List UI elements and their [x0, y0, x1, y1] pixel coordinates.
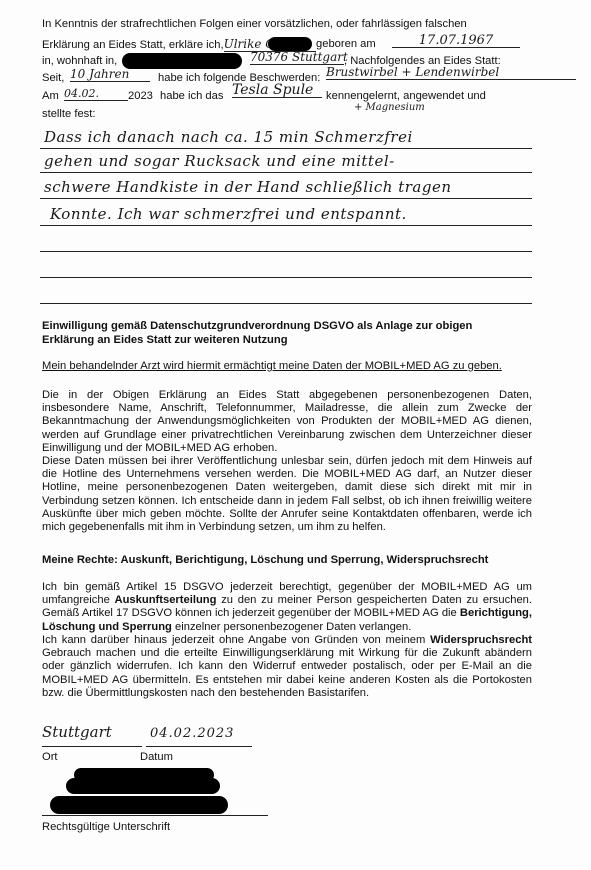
redacted-surname [268, 37, 312, 51]
year-text: 2023 [128, 90, 153, 103]
finding-rule-2 [40, 172, 532, 173]
place-label: Ort [42, 751, 58, 764]
finding-line-3: schwere Handkiste in der Hand schließlic… [44, 178, 452, 196]
finding-rule-5 [40, 251, 532, 252]
since-field[interactable]: 10 Jahren [70, 68, 150, 82]
complaints-field[interactable]: Brustwirbel + Lendenwirbel [326, 66, 576, 80]
findings-label: stellte fest: [42, 108, 95, 121]
rights-paragraph-2: Ich kann darüber hinaus jederzeit ohne A… [42, 634, 532, 700]
doctor-authorization: Mein behandelnder Arzt wird hiermit ermä… [42, 360, 502, 373]
date-label-sig: Datum [140, 751, 173, 764]
date-label: Am [42, 90, 59, 103]
rights-p2-bold-widerspruch: Widerspruchsrecht [430, 634, 532, 646]
rights-p2-text-c: Gebrauch machen und die erteilte Einwill… [42, 647, 532, 699]
product-label: habe ich das [160, 90, 223, 103]
redacted-signature-2 [66, 778, 220, 794]
signature-label: Rechtsgültige Unterschrift [42, 821, 170, 834]
declaration-line-2-prefix: Erklärung an Eides Statt, erkläre ich, [42, 39, 224, 51]
rights-paragraph-1: Ich bin gemäß Artikel 15 DSGVO jederzeit… [42, 581, 532, 634]
finding-rule-3 [40, 198, 532, 199]
date-field[interactable]: 04.02. [64, 87, 128, 101]
finding-rule-4 [40, 225, 532, 226]
consent-paragraph-1: Die in der Obigen Erklärung an Eides Sta… [42, 389, 532, 455]
finding-rule-6 [40, 277, 532, 278]
consent-heading-line-2: Erklärung an Eides Statt zur weiteren Nu… [42, 334, 288, 347]
finding-line-4: Konnte. Ich war schmerzfrei und entspann… [50, 205, 407, 223]
product-field[interactable]: Tesla Spule [232, 84, 322, 98]
product-addition: + Magnesium [354, 101, 425, 114]
finding-rule-7 [40, 303, 532, 304]
rights-p1-text-e: einzelner personenbezogener Daten verlan… [172, 621, 411, 633]
finding-rule-1 [40, 148, 532, 149]
date-handwritten: 04.02.2023 [150, 727, 234, 740]
place-rule [42, 746, 142, 747]
consent-heading-line-1: Einwilligung gemäß Datenschutzgrundveror… [42, 320, 472, 333]
rights-p2-text-a: Ich kann darüber hinaus jederzeit ohne A… [42, 634, 430, 646]
place-handwritten: Stuttgart [42, 726, 112, 739]
redacted-signature-3 [50, 796, 228, 814]
signature-rule [42, 815, 268, 816]
birthdate-field[interactable]: 17.07.1967 [392, 34, 520, 48]
rights-heading: Meine Rechte: Auskunft, Berichtigung, Lö… [42, 554, 488, 567]
finding-line-2: gehen und sogar Rucksack und eine mittel… [44, 152, 395, 170]
redacted-address [122, 53, 242, 69]
city-field[interactable]: 70376 Stuttgart [250, 51, 344, 65]
consent-paragraph-2: Diese Daten müssen bei ihrer Veröffentli… [42, 455, 532, 534]
since-label: Seit, [42, 72, 64, 85]
rights-p1-bold-auskunft: Auskunftserteilung [115, 594, 217, 606]
date-rule [146, 746, 252, 747]
declaration-line-1: In Kenntnis der strafrechtlichen Folgen … [42, 18, 467, 31]
finding-line-1: Dass ich danach nach ca. 15 min Schmerzf… [44, 128, 413, 146]
